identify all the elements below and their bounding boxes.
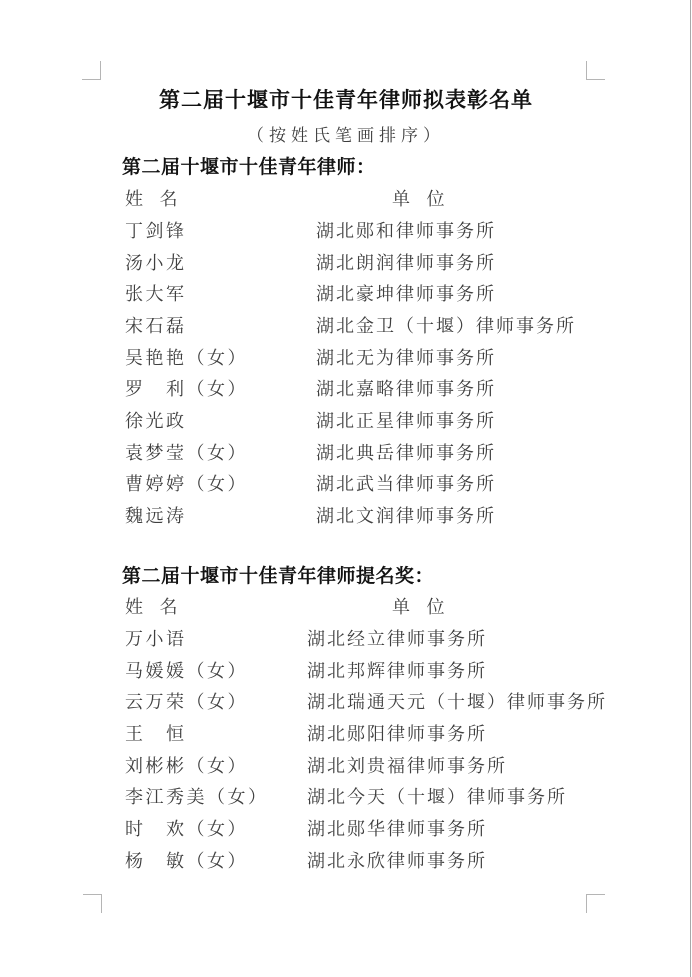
firm-name: 湖北经立律师事务所 <box>307 628 487 650</box>
firm-name: 湖北金卫（十堰）律师事务所 <box>316 315 576 337</box>
lawyer-name: 李江秀美（女） <box>125 786 269 808</box>
firm-name: 湖北瑞通天元（十堰）律师事务所 <box>307 691 607 713</box>
lawyer-name: 杨 敏（女） <box>125 850 248 872</box>
lawyer-name: 魏远涛 <box>125 505 187 527</box>
column-header-name: 姓 名 <box>125 596 180 618</box>
firm-name: 湖北永欣律师事务所 <box>307 850 487 872</box>
lawyer-name: 吴艳艳（女） <box>125 347 248 369</box>
column-header-unit: 单 位 <box>392 188 447 210</box>
lawyer-name: 汤小龙 <box>125 252 187 274</box>
firm-name: 湖北郧华律师事务所 <box>307 818 487 840</box>
column-header-name: 姓 名 <box>125 188 180 210</box>
firm-name: 湖北邦辉律师事务所 <box>307 660 487 682</box>
firm-name: 湖北郧和律师事务所 <box>316 220 496 242</box>
lawyer-name: 宋石磊 <box>125 315 187 337</box>
lawyer-name: 云万荣（女） <box>125 691 248 713</box>
lawyer-name: 刘彬彬（女） <box>125 755 248 777</box>
document-page: 第二届十堰市十佳青年律师拟表彰名单 （按姓氏笔画排序） 第二届十堰市十佳青年律师… <box>0 0 692 977</box>
firm-name: 湖北正星律师事务所 <box>316 410 496 432</box>
lawyer-name: 马媛媛（女） <box>125 660 248 682</box>
firm-name: 湖北无为律师事务所 <box>316 347 496 369</box>
firm-name: 湖北文润律师事务所 <box>316 505 496 527</box>
column-header-unit: 单 位 <box>392 596 447 618</box>
firm-name: 湖北武当律师事务所 <box>316 473 496 495</box>
lawyer-name: 王 恒 <box>125 723 187 745</box>
page-right-edge-line <box>690 0 691 977</box>
lawyer-name: 张大军 <box>125 283 187 305</box>
section-heading: 第二届十堰市十佳青年律师提名奖： <box>122 561 434 588</box>
firm-name: 湖北今天（十堰）律师事务所 <box>307 786 567 808</box>
crop-mark-top-right-icon <box>586 61 605 80</box>
firm-name: 湖北豪坤律师事务所 <box>316 283 496 305</box>
firm-name: 湖北嘉略律师事务所 <box>316 378 496 400</box>
section-heading: 第二届十堰市十佳青年律师： <box>122 152 376 179</box>
lawyer-name: 徐光政 <box>125 410 187 432</box>
firm-name: 湖北刘贵福律师事务所 <box>307 755 507 777</box>
firm-name: 湖北典岳律师事务所 <box>316 442 496 464</box>
firm-name: 湖北郧阳律师事务所 <box>307 723 487 745</box>
lawyer-name: 曹婷婷（女） <box>125 473 248 495</box>
doc-subtitle: （按姓氏笔画排序） <box>0 121 692 146</box>
crop-mark-bottom-right-icon <box>586 894 605 913</box>
doc-title: 第二届十堰市十佳青年律师拟表彰名单 <box>0 84 692 114</box>
crop-mark-bottom-left-icon <box>83 894 102 913</box>
firm-name: 湖北朗润律师事务所 <box>316 252 496 274</box>
lawyer-name: 万小语 <box>125 628 187 650</box>
lawyer-name: 时 欢（女） <box>125 818 248 840</box>
lawyer-name: 罗 利（女） <box>125 378 248 400</box>
lawyer-name: 袁梦莹（女） <box>125 442 248 464</box>
crop-mark-top-left-icon <box>82 61 101 80</box>
lawyer-name: 丁剑锋 <box>125 220 187 242</box>
